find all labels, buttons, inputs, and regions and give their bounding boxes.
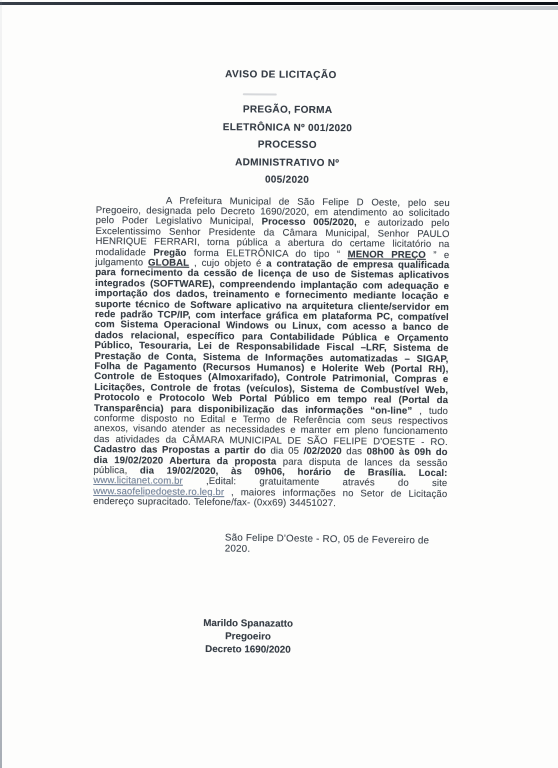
scan-smudge	[243, 93, 277, 95]
scan-edge-top-shade	[238, 6, 558, 10]
place-date-line: São Felipe D'Oeste - RO, 05 de Fevereiro…	[225, 532, 447, 557]
scan-edge-left	[0, 0, 2, 768]
signer-decree: Decreto 1690/2020	[158, 642, 338, 657]
notice-paragraph: A Prefeitura Municipal de São Felipe D O…	[93, 195, 450, 510]
scanned-document-page: AVISO DE LICITAÇÃO PREGÃO, FORMA ELETRÔN…	[0, 0, 558, 768]
scan-edge-top	[0, 2, 558, 5]
body-run-object: a contratação de empresa qualificada par…	[94, 258, 449, 416]
subtitle-line-5: 005/2020	[110, 170, 464, 191]
signature-block: Marildo Spanazatto Pregoeiro Decreto 169…	[158, 616, 338, 657]
document-content: AVISO DE LICITAÇÃO PREGÃO, FORMA ELETRÔN…	[92, 68, 451, 658]
document-subtitle: PREGÃO, FORMA ELETRÔNICA Nº 001/2020 PRO…	[110, 100, 465, 191]
document-title: AVISO DE LICITAÇÃO	[104, 68, 458, 82]
